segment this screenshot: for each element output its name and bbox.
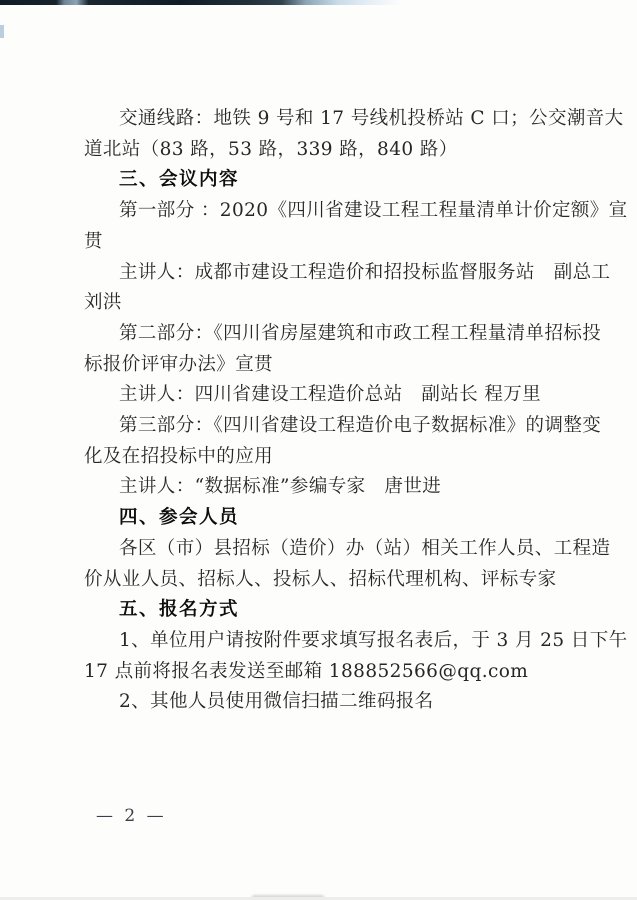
text-line: 标报价评审办法》宣贯 xyxy=(84,350,568,381)
scanned-document-page: 交通线路：地铁 9 号和 17 号线机投桥站 C 口；公交潮音大道北站（83 路… xyxy=(0,0,637,900)
section-heading: 三、会议内容 xyxy=(84,165,568,196)
text-line: 化及在招投标中的应用 xyxy=(84,442,568,473)
document-body: 交通线路：地铁 9 号和 17 号线机投桥站 C 口；公交潮音大道北站（83 路… xyxy=(84,104,568,718)
text-line: 2、其他人员使用微信扫描二维码报名 xyxy=(84,687,568,718)
text-line: 主讲人：四川省建设工程造价总站 副站长 程万里 xyxy=(84,380,568,411)
text-line: 第三部分：《四川省建设工程造价电子数据标准》的调整变 xyxy=(84,411,568,442)
text-line: 交通线路：地铁 9 号和 17 号线机投桥站 C 口；公交潮音大 xyxy=(84,104,568,135)
scan-edge-top-artifact xyxy=(0,0,402,5)
text-line: 第一部分 ：2020《四川省建设工程工程量清单计价定额》宣 xyxy=(84,196,568,227)
text-line: 17 点前将报名表发送至邮箱 188852566@qq.com xyxy=(84,657,568,688)
text-line: 刘洪 xyxy=(84,288,568,319)
text-line: 各区（市）县招标（造价）办（站）相关工作人员、工程造 xyxy=(84,534,568,565)
text-line: 第二部分：《四川省房屋建筑和市政工程工程量清单招标投 xyxy=(84,319,568,350)
text-line: 价从业人员、招标人、投标人、招标代理机构、评标专家 xyxy=(84,565,568,596)
section-heading: 四、参会人员 xyxy=(84,503,568,534)
text-line: 主讲人：成都市建设工程造价和招投标监督服务站 副总工 xyxy=(84,258,568,289)
section-heading: 五、报名方式 xyxy=(84,595,568,626)
text-line: 道北站（83 路，53 路，339 路，840 路） xyxy=(84,135,568,166)
text-line: 主讲人：“数据标准”参编专家 唐世进 xyxy=(84,472,568,503)
text-line: 1、单位用户请按附件要求填写报名表后，于 3 月 25 日下午 xyxy=(84,626,568,657)
text-line: 贯 xyxy=(84,227,568,258)
page-number: — 2 — xyxy=(96,806,167,826)
scan-edge-left-artifact xyxy=(0,25,4,38)
